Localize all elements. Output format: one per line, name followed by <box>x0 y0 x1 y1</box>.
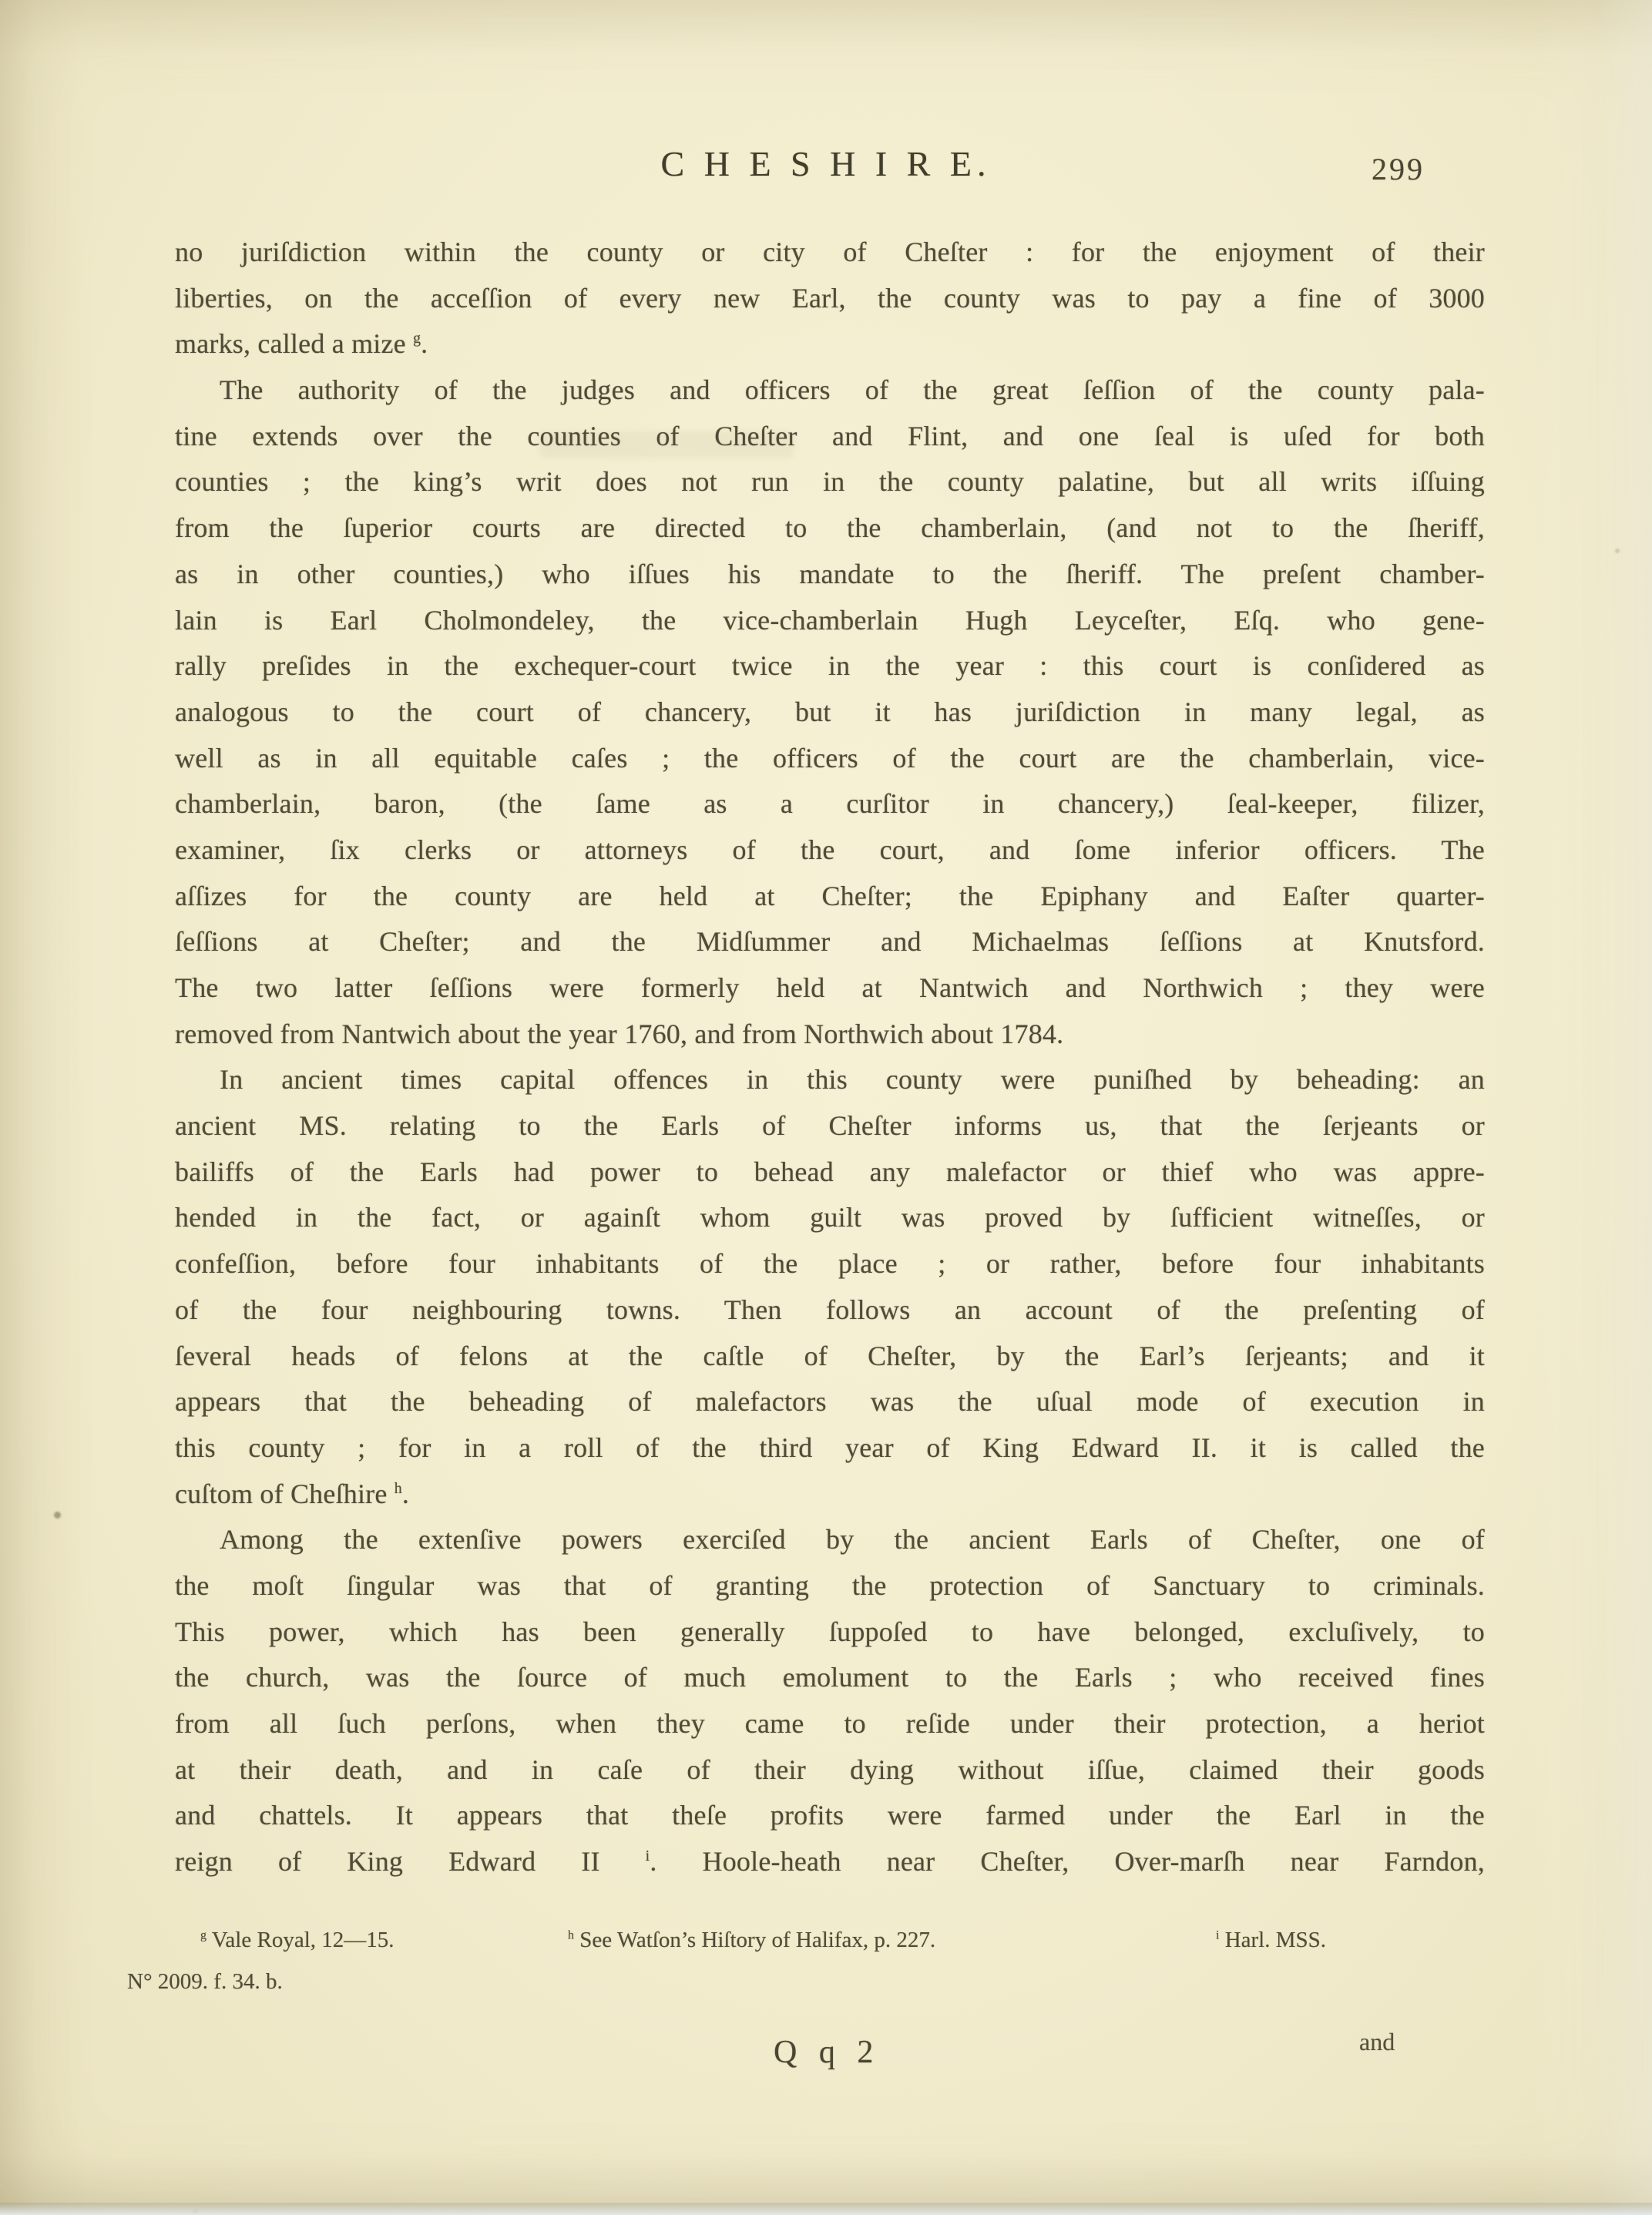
text-line: lain is Earl Cholmondeley, the vice-cham… <box>175 598 1485 644</box>
footnote: g Vale Royal, 12—15. <box>200 1928 395 1953</box>
text-line: as in other counties,) who iſſues his ma… <box>175 552 1485 598</box>
catchword: and <box>1359 2028 1395 2056</box>
text-line: The authority of the judges and officers… <box>175 367 1485 414</box>
text-line: marks, called a mize g. <box>175 321 1485 367</box>
text-line: and chattels. It appears that theſe prof… <box>175 1793 1485 1839</box>
text-line: tine extends over the counties of Cheſte… <box>175 414 1485 460</box>
text-line: aſſizes for the county are held at Cheſt… <box>175 874 1485 920</box>
text-segment: . <box>402 1478 409 1509</box>
text-line: at their death, and in caſe of their dyi… <box>175 1747 1485 1794</box>
body-text: no juriſdiction within the county or cit… <box>175 230 1485 1885</box>
text-line: rally preſides in the exchequer-court tw… <box>175 643 1485 690</box>
footnote: i Harl. MSS. <box>1216 1928 1326 1953</box>
text-line: The two latter ſeſſions were formerly he… <box>175 965 1485 1012</box>
text-line: Among the extenſive powers exerciſed by … <box>175 1517 1485 1563</box>
text-segment: . Hoole-heath near Cheſter, Over-marſh n… <box>650 1846 1485 1877</box>
text-line: ſeveral heads of felons at the caſtle of… <box>175 1334 1485 1380</box>
text-line: liberties, on the acceſſion of every new… <box>175 276 1485 322</box>
text-segment: cuſtom of Cheſhire <box>175 1478 395 1509</box>
text-line: reign of King Edward II i. Hoole-heath n… <box>175 1839 1485 1885</box>
text-line: cuſtom of Cheſhire h. <box>175 1472 1485 1518</box>
text-line: from all ſuch perſons, when they came to… <box>175 1701 1485 1747</box>
text-line: of the four neighbouring towns. Then fol… <box>175 1287 1485 1334</box>
text-line: bailiffs of the Earls had power to behea… <box>175 1149 1485 1196</box>
text-line: appears that the beheading of malefactor… <box>175 1379 1485 1425</box>
footnote-text: Harl. MSS. <box>1219 1928 1326 1952</box>
text-line: examiner, ſix clerks or attorneys of the… <box>175 827 1485 874</box>
ink-speck <box>54 1512 61 1519</box>
footnote-marker: h <box>568 1928 574 1941</box>
page-number: 299 <box>1372 151 1425 187</box>
footnote-marker: g <box>413 330 421 347</box>
text-line: ſeſſions at Cheſter; and the Midſummer a… <box>175 919 1485 965</box>
text-line: confeſſion, before four inhabitants of t… <box>175 1241 1485 1287</box>
text-line: no juriſdiction within the county or cit… <box>175 230 1485 276</box>
text-line: analogous to the court of chancery, but … <box>175 690 1485 736</box>
text-line: chamberlain, baron, (the ſame as a curſi… <box>175 781 1485 827</box>
text-segment: marks, called a mize <box>175 328 413 359</box>
ink-speck <box>1615 549 1620 553</box>
footnote-text: See Watſon’s Hiſtory of Halifax, p. 227. <box>574 1928 935 1952</box>
text-line: hended in the fact, or againſt whom guil… <box>175 1195 1485 1241</box>
footnote-continuation: N° 2009. f. 34. b. <box>127 1969 283 1995</box>
text-segment: . <box>421 328 428 359</box>
footnote-marker: h <box>395 1480 402 1497</box>
text-segment: reign of King Edward II <box>175 1846 646 1877</box>
text-line: from the ſuperior courts are directed to… <box>175 505 1485 552</box>
signature-mark: Q q 2 <box>774 2034 880 2071</box>
scan-bottom-edge <box>0 2203 1652 2215</box>
text-line: the moſt ſingular was that of granting t… <box>175 1563 1485 1609</box>
book-page-scan: C H E S H I R E. 299 no juriſdiction wit… <box>0 0 1652 2215</box>
text-line: In ancient times capital offences in thi… <box>175 1057 1485 1103</box>
text-line: this county ; for in a roll of the third… <box>175 1425 1485 1472</box>
text-line: well as in all equitable caſes ; the off… <box>175 736 1485 782</box>
text-line: ancient MS. relating to the Earls of Che… <box>175 1103 1485 1149</box>
text-line: counties ; the king’s writ does not run … <box>175 459 1485 505</box>
footnote-text: Vale Royal, 12—15. <box>206 1928 395 1952</box>
footnote-marker: g <box>200 1928 206 1941</box>
text-line: This power, which has been generally ſup… <box>175 1609 1485 1656</box>
footnote: h See Watſon’s Hiſtory of Halifax, p. 22… <box>568 1928 935 1953</box>
text-line: the church, was the ſource of much emolu… <box>175 1655 1485 1701</box>
text-line: removed from Nantwich about the year 176… <box>175 1012 1485 1058</box>
